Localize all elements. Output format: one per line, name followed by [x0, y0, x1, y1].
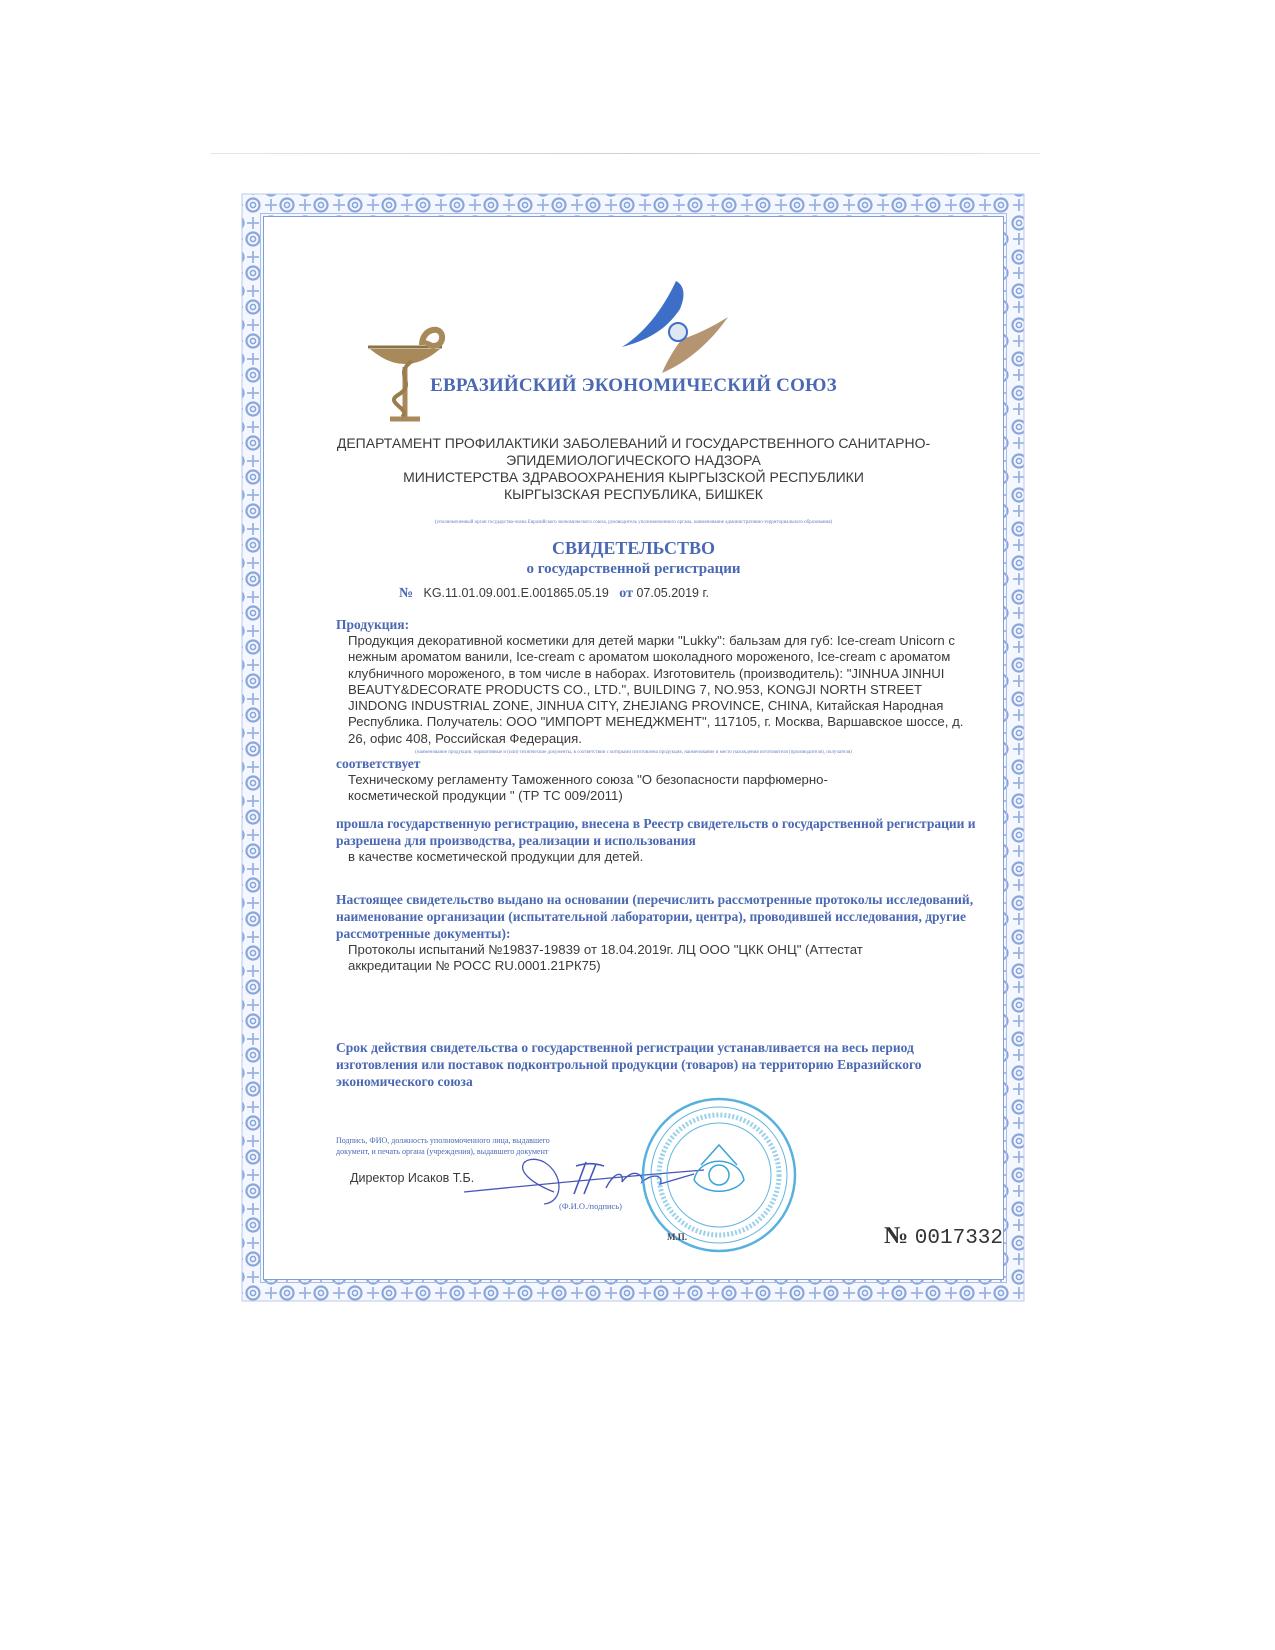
serial-value: 0017332: [915, 1227, 1003, 1250]
registration-text: в качестве косметической продукции для д…: [336, 849, 986, 865]
basis-section: Настоящее свидетельство выдано на основа…: [336, 891, 976, 975]
official-seal-stamp: [639, 1095, 799, 1255]
seal-label: М.П.: [667, 1232, 687, 1242]
bowl-of-hygieia-icon: [362, 317, 448, 427]
authority-line: ДЕПАРТАМЕНТ ПРОФИЛАКТИКИ ЗАБОЛЕВАНИЙ И Г…: [284, 435, 983, 452]
product-text: Продукция декоративной косметики для дет…: [336, 633, 976, 747]
authority-caption: (уполномоченный орган государства-члена …: [284, 520, 983, 525]
registration-date: 07.05.2019 г.: [636, 586, 709, 600]
validity-section: Срок действия свидетельства о государств…: [336, 1039, 986, 1090]
product-heading: Продукция:: [336, 616, 976, 633]
certificate-title: СВИДЕТЕЛЬСТВО о государственной регистра…: [264, 537, 1003, 579]
registration-heading: прошла государственную регистрацию, внес…: [336, 815, 986, 849]
authority-line: МИНИСТЕРСТВА ЗДРАВООХРАНЕНИЯ КЫРГЫЗСКОЙ …: [284, 469, 983, 486]
authority-line: ЭПИДЕМИОЛОГИЧЕСКОГО НАДЗОРА: [284, 452, 983, 469]
form-serial-number: № 0017332: [884, 1222, 1003, 1250]
number-label: №: [399, 586, 413, 601]
conformity-text: Техническому регламенту Таможенного союз…: [336, 772, 908, 805]
validity-text: Срок действия свидетельства о государств…: [336, 1039, 986, 1090]
authority-name: ДЕПАРТАМЕНТ ПРОФИЛАКТИКИ ЗАБОЛЕВАНИЙ И Г…: [284, 435, 983, 503]
certificate-title-main: СВИДЕТЕЛЬСТВО: [264, 537, 1003, 559]
serial-symbol: №: [884, 1223, 908, 1249]
registration-number: KG.11.01.09.001.E.001865.05.19: [424, 586, 609, 600]
basis-heading: Настоящее свидетельство выдано на основа…: [336, 891, 976, 942]
union-title: ЕВРАЗИЙСКИЙ ЭКОНОМИЧЕСКИЙ СОЮЗ: [264, 375, 1003, 397]
registration-number-line: № KG.11.01.09.001.E.001865.05.19 от 07.0…: [399, 586, 709, 602]
eaeu-logo-icon: [616, 277, 731, 377]
fio-caption: (Ф.И.О./подпись): [559, 1201, 622, 1211]
conformity-section: соответствует Техническому регламенту Та…: [336, 755, 976, 805]
basis-text: Протоколы испытаний №19837-19839 от 18.0…: [336, 942, 938, 975]
conformity-heading: соответствует: [336, 755, 976, 772]
page-top-rule: [210, 153, 1040, 154]
date-label: от: [619, 586, 633, 601]
certificate-body: ЕВРАЗИЙСКИЙ ЭКОНОМИЧЕСКИЙ СОЮЗ ДЕПАРТАМЕ…: [263, 216, 1004, 1280]
signer-name: Директор Исаков Т.Б.: [350, 1171, 474, 1185]
product-section: Продукция: Продукция декоративной космет…: [336, 616, 976, 747]
registration-section: прошла государственную регистрацию, внес…: [336, 815, 986, 865]
certificate-title-sub: о государственной регистрации: [264, 559, 1003, 579]
authority-line: КЫРГЫЗСКАЯ РЕСПУБЛИКА, БИШКЕК: [284, 486, 983, 503]
certificate-frame: ЕВРАЗИЙСКИЙ ЭКОНОМИЧЕСКИЙ СОЮЗ ДЕПАРТАМЕ…: [228, 180, 1038, 1315]
